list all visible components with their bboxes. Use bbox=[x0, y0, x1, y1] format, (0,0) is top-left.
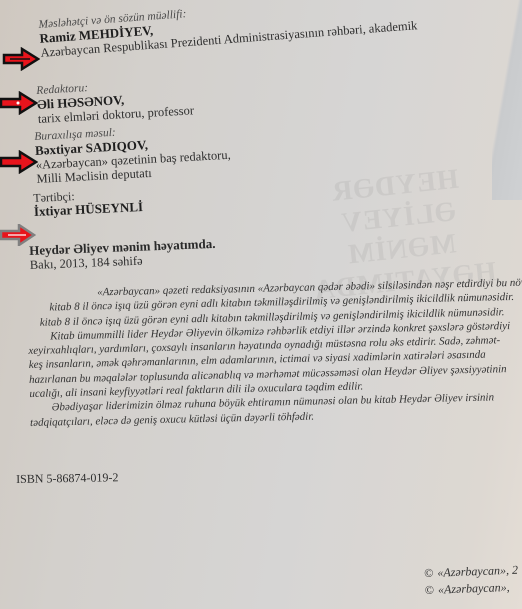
copyright-notice: ©«Azərbaycan», 2 ©«Azərbaycan», bbox=[424, 562, 519, 599]
copyright-icon: © bbox=[424, 566, 434, 580]
credit-advisor: Məsləhətçi və ön sözün müəllifi: Ramiz M… bbox=[38, 0, 418, 60]
copyright-text: «Azərbaycan», 2 bbox=[437, 563, 518, 580]
credit-compiler: Tərtibçi: İxtiyar HÜSEYNLİ bbox=[33, 186, 143, 219]
copyright-icon: © bbox=[425, 583, 435, 597]
copyright-text: «Azərbaycan», bbox=[438, 580, 510, 596]
book-page: HEYDƏR ƏLİYEV MƏNİM HƏYATIMDA Məsləhətçi… bbox=[0, 0, 522, 609]
isbn: ISBN 5-86874-019-2 bbox=[16, 470, 119, 487]
page-edge bbox=[492, 0, 522, 200]
credit-editor: Redaktoru: Əli HƏSƏNOV, tarix elmləri do… bbox=[36, 75, 194, 126]
arrow-right-icon bbox=[0, 91, 38, 115]
arrow-right-icon bbox=[0, 224, 36, 246]
credit-publisher-responsible: Buraxılışa məsul: Bəxtiyar SADIQOV, «Azə… bbox=[34, 120, 232, 186]
annotation-paragraph: «Azərbaycan» qəzeti redaksiyasının «Azər… bbox=[27, 276, 522, 430]
credit-name: İxtiyar HÜSEYNLİ bbox=[34, 200, 144, 219]
arrow-right-icon bbox=[0, 150, 38, 174]
book-info: Heydər Əliyev mənim həyatımda. Bakı, 201… bbox=[29, 237, 216, 272]
copyright-line: ©«Azərbaycan», bbox=[425, 579, 519, 599]
arrow-right-icon bbox=[2, 47, 40, 71]
